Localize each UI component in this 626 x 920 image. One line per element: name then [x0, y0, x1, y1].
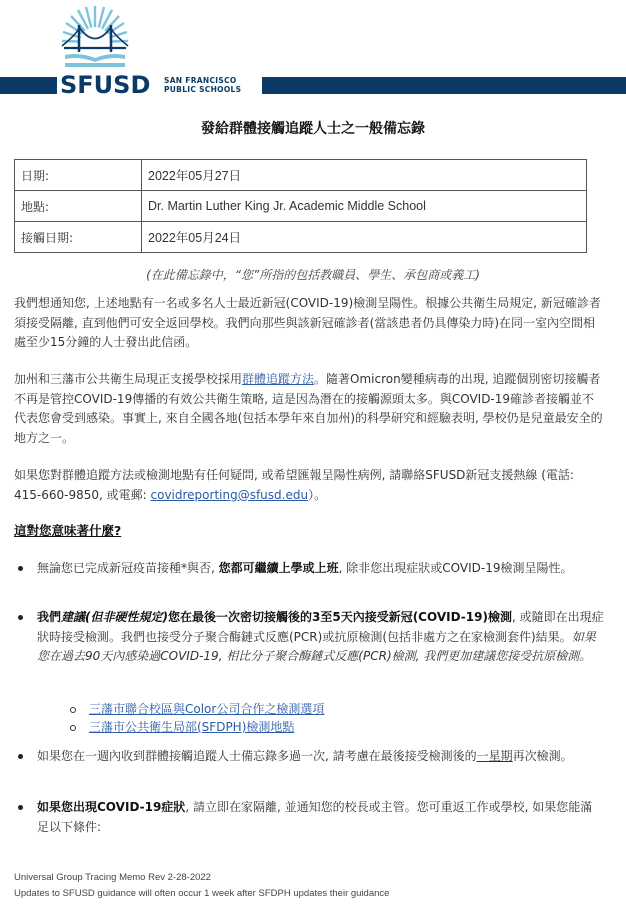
date-label: 日期: [15, 160, 142, 191]
logo-subtitle-line1: SAN FRANCISCO [164, 76, 241, 85]
table-row-date: 日期: 2022年05月27日 [15, 160, 587, 191]
bullet4-bold: 如果您出現COVID-19症狀 [37, 800, 185, 814]
location-label: 地點: [15, 191, 142, 222]
sub-list-item-sfdph-sites: 三藩市公共衛生局部(SFDPH)檢測地點 [70, 719, 294, 736]
sfusd-bridge-logo-icon [60, 2, 130, 72]
color-testing-options-link[interactable]: 三藩市聯合校區與Color公司合作之檢測選項 [89, 702, 324, 716]
contact-date-label: 接觸日期: [15, 222, 142, 253]
header-bar-left [0, 77, 57, 94]
page-header: SFUSD SAN FRANCISCO PUBLIC SCHOOLS [0, 0, 626, 105]
document-title: 發給群體接觸追蹤人士之一般備忘錄 [0, 118, 626, 138]
bullet-item-symptoms: 如果您出現COVID-19症狀, 請立即在家隔離, 並通知您的校長或主管。您可重… [14, 798, 604, 837]
sfdph-testing-sites-link[interactable]: 三藩市公共衛生局部(SFDPH)檢測地點 [89, 720, 294, 734]
contact-date-value: 2022年05月24日 [142, 222, 587, 253]
group-tracing-paragraph: 加州和三藩市公共衛生局現正支援學校採用群體追蹤方法。隨著Omicron變種病毒的… [14, 370, 604, 448]
definition-note: (在此備忘錄中，“您”所指的包括教職員、學生、承包商或義工) [0, 266, 626, 283]
bullet2-bold-start: 我們 [37, 610, 61, 624]
footer-update-note: Updates to SFUSD guidance will often occ… [14, 886, 389, 902]
logo-wordmark: SFUSD [60, 71, 150, 99]
bullet-dot-icon [18, 754, 23, 759]
header-bar-right [262, 77, 626, 94]
bullet3-underlined: 一星期 [477, 749, 513, 763]
date-value: 2022年05月27日 [142, 160, 587, 191]
page-footer: Universal Group Tracing Memo Rev 2-28-20… [14, 870, 389, 902]
bullet1-text: 無論您已完成新冠疫苗接種*與否, [37, 561, 219, 575]
bullet1-text-end: , 除非您出現症狀或COVID-19檢測呈陽性。 [339, 561, 573, 575]
sub-list-item-color-testing: 三藩市聯合校區與Color公司合作之檢測選項 [70, 701, 324, 718]
bullet3-text: 如果您在一週內收到群體接觸追蹤人士備忘錄多過一次, 請考慮在最後接受檢測後的 [37, 749, 477, 763]
bullet-item-attendance: 無論您已完成新冠疫苗接種*與否, 您都可繼續上學或上班, 除非您出現症狀或COV… [14, 559, 604, 579]
bullet-dot-icon [18, 566, 23, 571]
memo-info-table: 日期: 2022年05月27日 地點: Dr. Martin Luther Ki… [14, 159, 587, 253]
footer-revision: Universal Group Tracing Memo Rev 2-28-20… [14, 870, 389, 886]
bullet2-bold: 您在最後一次密切接觸後的3至5天內接受新冠(COVID-19)檢測 [168, 610, 512, 624]
bullet2-bold-italic: 建議(但非硬性規定) [61, 610, 168, 624]
logo-subtitle-line2: PUBLIC SCHOOLS [164, 85, 241, 94]
paragraph2-text-before: 加州和三藩市公共衛生局現正支援學校採用 [14, 372, 242, 386]
bullet-item-testing: 我們建議(但非硬性規定)您在最後一次密切接觸後的3至5天內接受新冠(COVID-… [14, 608, 604, 667]
logo-subtitle: SAN FRANCISCO PUBLIC SCHOOLS [164, 76, 241, 94]
hollow-bullet-icon [70, 725, 76, 731]
table-row-contact-date: 接觸日期: 2022年05月24日 [15, 222, 587, 253]
contact-paragraph: 如果您對群體追蹤方法或檢測地點有任何疑問, 或希望匯報呈陽性病例, 請聯絡SFU… [14, 466, 604, 505]
bullet3-text-end: 再次檢測。 [513, 749, 573, 763]
bullet1-bold: 您都可繼續上學或上班 [219, 561, 339, 575]
table-row-location: 地點: Dr. Martin Luther King Jr. Academic … [15, 191, 587, 222]
paragraph3-text-after: ）。 [308, 488, 326, 502]
intro-paragraph: 我們想通知您, 上述地點有一名或多名人士最近新冠(COVID-19)檢測呈陽性。… [14, 294, 604, 353]
bullet-dot-icon [18, 805, 23, 810]
bullet-dot-icon [18, 615, 23, 620]
location-value: Dr. Martin Luther King Jr. Academic Midd… [142, 191, 587, 222]
hollow-bullet-icon [70, 707, 76, 713]
group-tracing-method-link[interactable]: 群體追蹤方法 [242, 372, 314, 386]
bullet-item-multiple-memos: 如果您在一週內收到群體接觸追蹤人士備忘錄多過一次, 請考慮在最後接受檢測後的一星… [14, 747, 604, 767]
what-this-means-heading: 這對您意味著什麼? [14, 521, 121, 539]
covid-reporting-email-link[interactable]: covidreporting@sfusd.edu [151, 488, 309, 502]
